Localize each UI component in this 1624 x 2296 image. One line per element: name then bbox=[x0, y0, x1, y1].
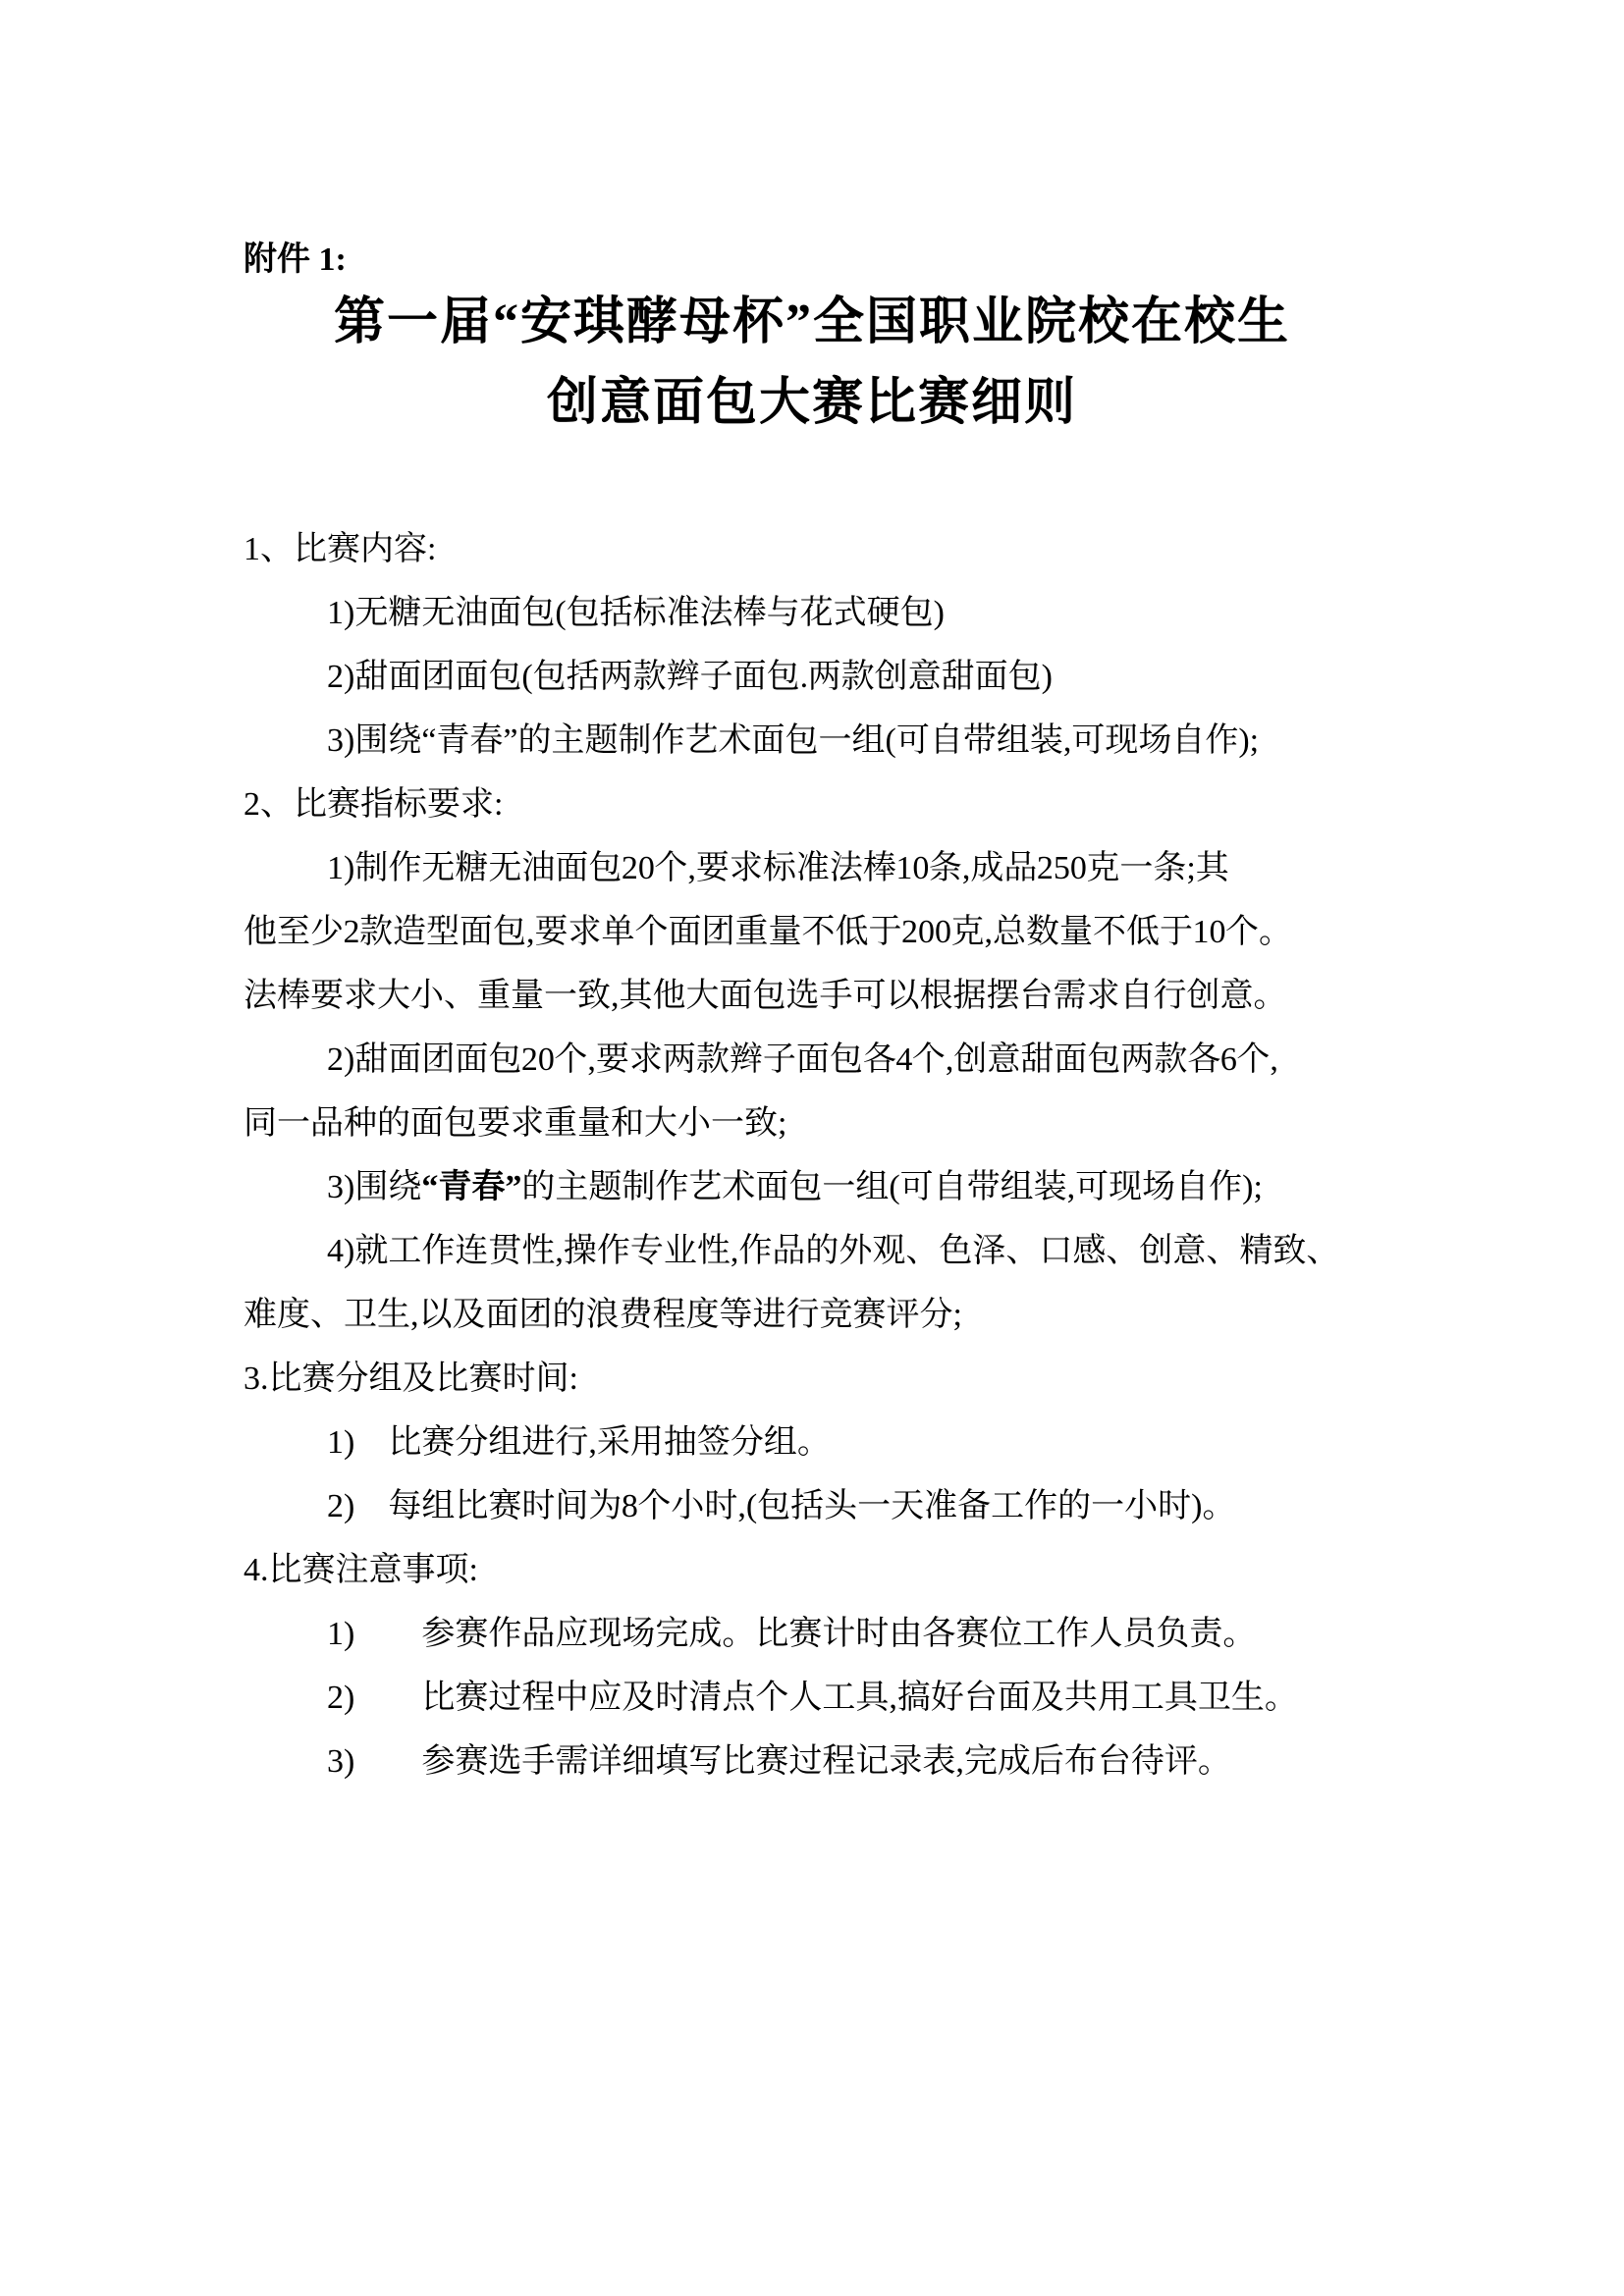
section-heading: 2、比赛指标要求: bbox=[244, 773, 1380, 836]
document-body: 1、比赛内容: 1)无糖无油面包(包括标准法棒与花式硬包) 2)甜面团面包(包括… bbox=[244, 517, 1380, 1793]
text-line: 同一品种的面包要求重量和大小一致; bbox=[244, 1092, 1380, 1155]
list-item: 3)围绕“青春”的主题制作艺术面包一组(可自带组装,可现场自作); bbox=[244, 1155, 1380, 1219]
text-segment: 3)围绕 bbox=[327, 1169, 421, 1205]
list-item: 1) 比赛分组进行,采用抽签分组。 bbox=[244, 1411, 1380, 1474]
list-item: 2) 比赛过程中应及时清点个人工具,搞好台面及共用工具卫生。 bbox=[244, 1666, 1380, 1730]
document-page: 附件 1: 第一届“安琪酵母杯”全国职业院校在校生 创意面包大赛比赛细则 1、比… bbox=[0, 0, 1624, 2296]
list-item: 1)制作无糖无油面包 20 个,要求标准法棒 10 条,成品 250 克一条;其 bbox=[244, 836, 1380, 900]
list-item: 3)围绕“青春”的主题制作艺术面包一组(可自带组装,可现场自作); bbox=[244, 709, 1380, 773]
list-item: 2) 每组比赛时间为 8 个小时,(包括头一天准备工作的一小时)。 bbox=[244, 1474, 1380, 1538]
list-item: 2)甜面团面包 20 个,要求两款辫子面包各 4 个,创意甜面包两款各 6 个, bbox=[244, 1028, 1380, 1092]
document-title-line-1: 第一届“安琪酵母杯”全国职业院校在校生 bbox=[0, 294, 1624, 350]
bold-text-segment: “青春” bbox=[421, 1169, 521, 1205]
section-heading: 3.比赛分组及比赛时间: bbox=[244, 1347, 1380, 1411]
text-line: 他至少 2 款造型面包,要求单个面团重量不低于 200 克,总数量不低于 10 … bbox=[244, 900, 1380, 964]
text-segment: 的主题制作艺术面包一组(可自带组装,可现场自作); bbox=[521, 1169, 1263, 1205]
text-line: 法棒要求大小、重量一致,其他大面包选手可以根据摆台需求自行创意。 bbox=[244, 964, 1380, 1028]
list-item: 4)就工作连贯性,操作专业性,作品的外观、色泽、口感、创意、精致、 bbox=[244, 1219, 1380, 1283]
list-item: 3) 参赛选手需详细填写比赛过程记录表,完成后布台待评。 bbox=[244, 1730, 1380, 1793]
attachment-label: 附件 1: bbox=[244, 232, 347, 280]
section-heading: 1、比赛内容: bbox=[244, 517, 1380, 581]
text-line: 难度、卫生,以及面团的浪费程度等进行竞赛评分; bbox=[244, 1283, 1380, 1347]
list-item: 1)无糖无油面包(包括标准法棒与花式硬包) bbox=[244, 581, 1380, 645]
section-heading: 4.比赛注意事项: bbox=[244, 1538, 1380, 1602]
document-title-line-2: 创意面包大赛比赛细则 bbox=[0, 375, 1624, 431]
list-item: 2)甜面团面包(包括两款辫子面包. 两款创意甜面包) bbox=[244, 645, 1380, 709]
list-item: 1) 参赛作品应现场完成。比赛计时由各赛位工作人员负责。 bbox=[244, 1602, 1380, 1666]
